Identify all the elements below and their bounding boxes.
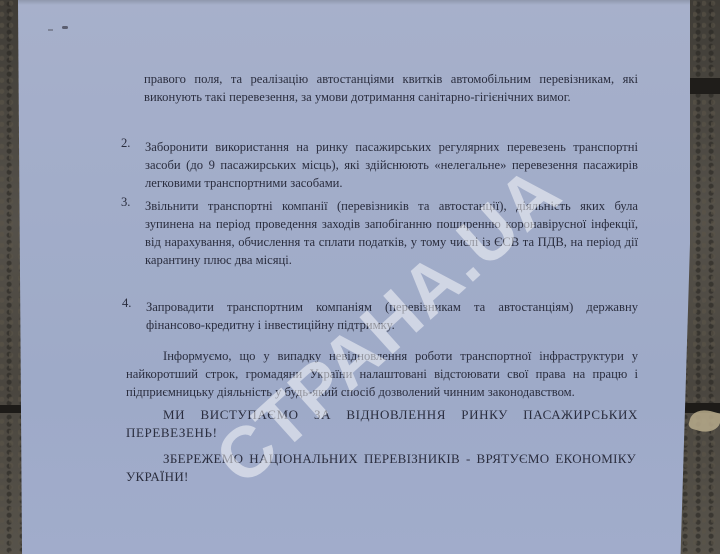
list-item-2: Заборонити використання на ринку пасажир… [145,138,638,192]
item-number: 3. [121,195,130,210]
intro-fragment: правого поля, та реалізацію автостанціям… [144,70,638,106]
item-number: 4. [122,296,131,311]
item-number: 2. [121,136,130,151]
document: правого поля, та реалізацію автостанціям… [0,0,720,554]
slogan-save-carriers: ЗБЕРЕЖЕМО НАЦІОНАЛЬНИХ ПЕРЕВІЗНИКІВ - ВР… [126,450,636,486]
